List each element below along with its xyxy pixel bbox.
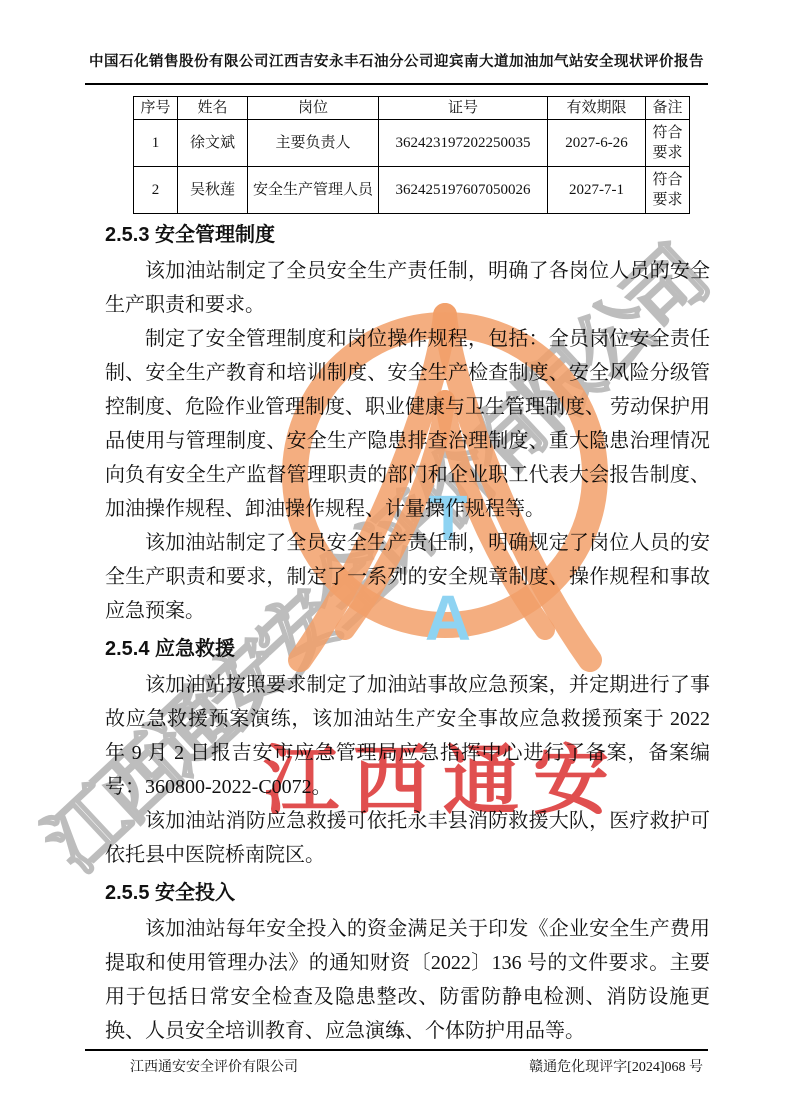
body-paragraph: 该加油站制定了全员安全生产责任制，明确规定了岗位人员的安全生产职责和要求，制定了… [105, 526, 710, 628]
document-body: 序号姓名岗位证号有效期限备注 1徐文斌主要负责人3624231972022500… [105, 96, 710, 1048]
table-cell: 1 [134, 120, 178, 167]
table-header-row: 序号姓名岗位证号有效期限备注 [134, 97, 690, 120]
col-header: 岗位 [248, 97, 379, 120]
col-header: 备注 [646, 97, 690, 120]
body-paragraph: 制定了安全管理制度和岗位操作规程，包括：全员岗位安全责任制、安全生产教育和培训制… [105, 322, 710, 526]
col-header: 有效期限 [548, 97, 646, 120]
table-cell: 吴秋莲 [178, 167, 248, 214]
personnel-cert-table: 序号姓名岗位证号有效期限备注 1徐文斌主要负责人3624231972022500… [133, 96, 690, 214]
table-cell: 徐文斌 [178, 120, 248, 167]
footer-company: 江西通安安全评价有限公司 [105, 1056, 298, 1076]
table-cell: 2027-6-26 [548, 120, 646, 167]
table-cell: 2027-7-1 [548, 167, 646, 214]
table-cell: 安全生产管理人员 [248, 167, 379, 214]
body-paragraph: 该加油站制定了全员安全生产责任制，明确了各岗位人员的安全生产职责和要求。 [105, 254, 710, 322]
col-header: 证号 [379, 97, 548, 120]
document-page: 江西通安安全评价有限公司 T A 江西通安 中国石化销售股份有限公司江西吉安永丰… [0, 0, 793, 1120]
table-cell: 符合要求 [646, 120, 690, 167]
section-heading: 2.5.5 安全投入 [105, 878, 710, 908]
section-heading: 2.5.3 安全管理制度 [105, 220, 710, 250]
body-paragraph: 该加油站按照要求制定了加油站事故应急预案，并定期进行了事故应急救援预案演练，该加… [105, 668, 710, 804]
section-heading: 2.5.4 应急救援 [105, 634, 710, 664]
table-cell: 362423197202250035 [379, 120, 548, 167]
table-row: 1徐文斌主要负责人3624231972022500352027-6-26符合要求 [134, 120, 690, 167]
col-header: 姓名 [178, 97, 248, 120]
table-row: 2吴秋莲安全生产管理人员3624251976070500262027-7-1符合… [134, 167, 690, 214]
table-cell: 362425197607050026 [379, 167, 548, 214]
page-number: 33 [0, 1024, 793, 1040]
col-header: 序号 [134, 97, 178, 120]
report-header-title: 中国石化销售股份有限公司江西吉安永丰石油分公司迎宾南大道加油加气站安全现状评价报… [0, 50, 793, 71]
footer-doc-number: 赣通危化现评字[2024]068 号 [529, 1056, 703, 1076]
footer-rule [85, 1049, 708, 1051]
header-rule [85, 83, 708, 85]
table-cell: 2 [134, 167, 178, 214]
footer: 江西通安安全评价有限公司 赣通危化现评字[2024]068 号 [105, 1056, 703, 1076]
table-cell: 符合要求 [646, 167, 690, 214]
body-paragraph: 该加油站消防应急救援可依托永丰县消防救援大队，医疗救护可依托县中医院桥南院区。 [105, 804, 710, 872]
table-cell: 主要负责人 [248, 120, 379, 167]
